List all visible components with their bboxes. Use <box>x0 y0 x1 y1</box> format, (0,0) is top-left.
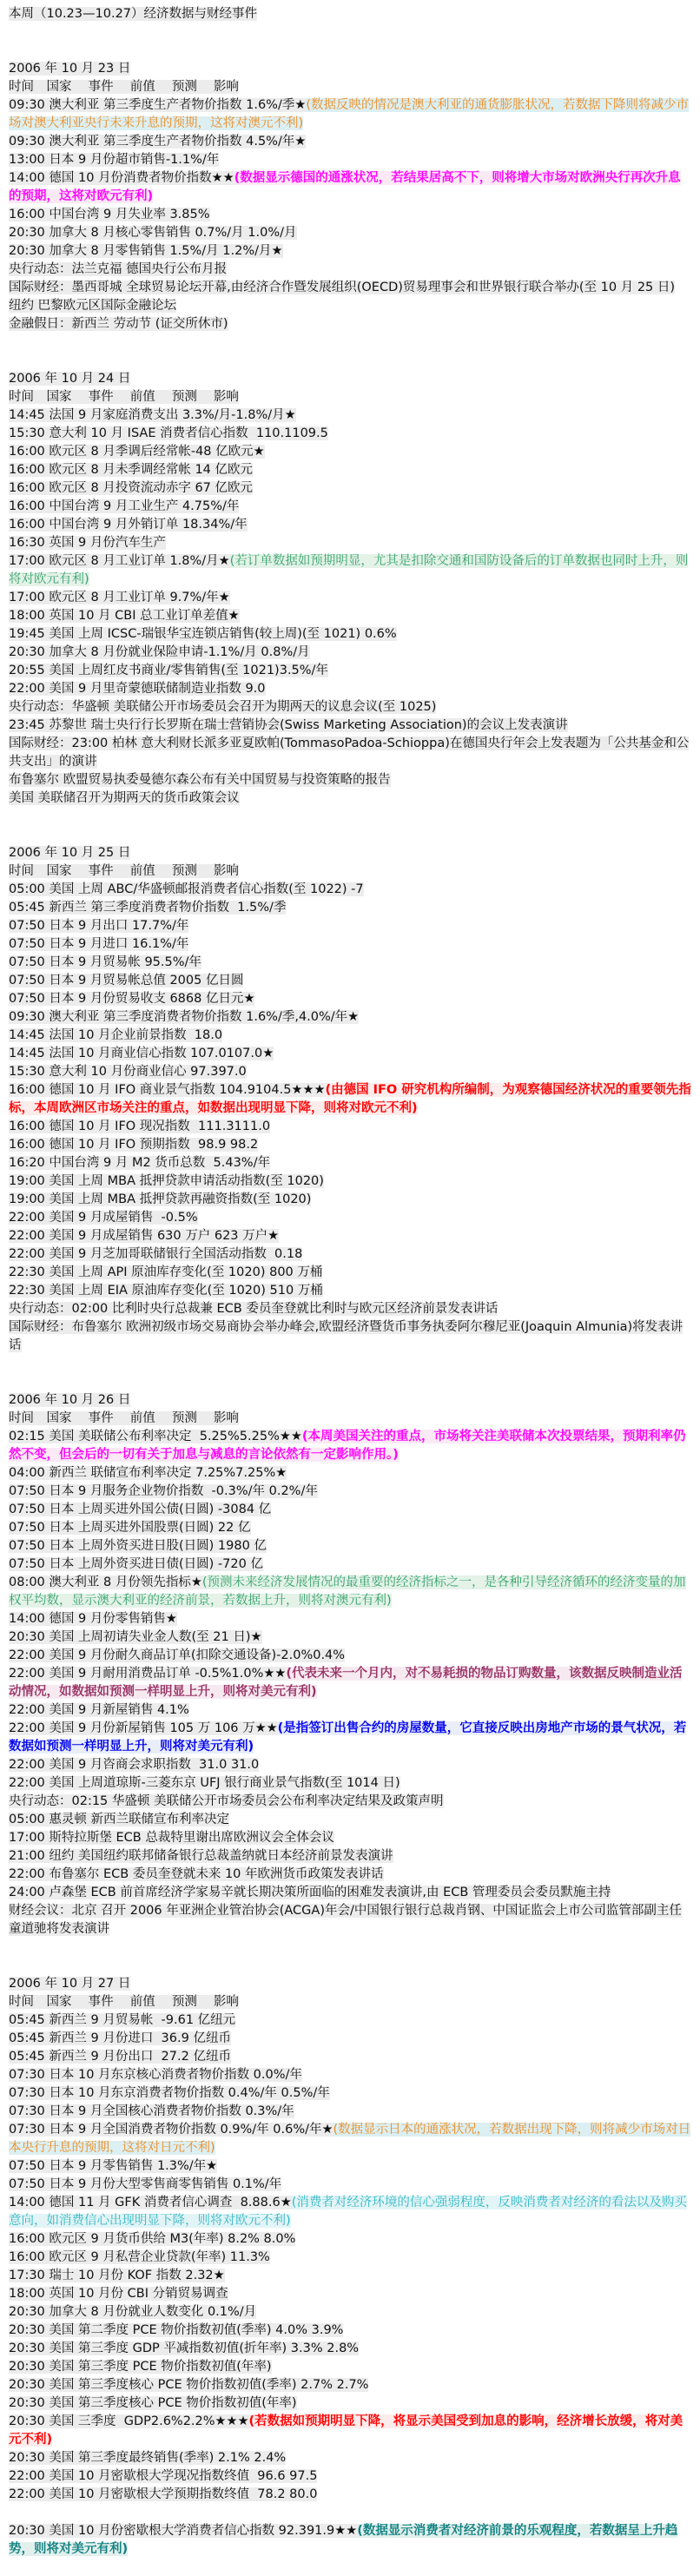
event-text: 20:30 加拿大 8 月零售销售 1.5%/月 1.2%/月★ <box>9 244 283 258</box>
event-text: 国际财经：23:00 柏林 意大利财长派多亚夏欧帕(TommasoPadoa-S… <box>9 736 689 769</box>
event-text: 07:50 日本 9 月份大型零售商零售销售 0.1%/年 <box>9 2177 281 2191</box>
event-row: 05:45 新西兰 9 月份进口 36.9 亿纽币 <box>9 2030 693 2048</box>
event-row: 19:45 美国 上周 ICSC-瑞银华宝连锁店销售(较上周)(至 1021) … <box>9 625 693 644</box>
event-row: 16:00 德国 10 月 IFO 预期指数 98.9 98.2 <box>9 1136 693 1154</box>
event-text: 07:50 日本 9 月零售销售 1.3%/年★ <box>9 2159 217 2173</box>
event-row: 22:30 美国 上周 API 原油库存变化(至 1020) 800 万桶 <box>9 1264 693 1282</box>
event-text: 07:30 日本 9 月全国核心消费者物价指数 0.3%/年 <box>9 2104 294 2118</box>
event-text: 22:00 美国 9 月芝加哥联储银行全国活动指数 0.18 <box>9 1247 302 1261</box>
event-row: 22:00 美国 9 月芝加哥联储银行全国活动指数 0.18 <box>9 1245 693 1264</box>
event-row: 22:00 美国 10 月密歇根大学预期指数终值 78.2 80.0 <box>9 2486 693 2504</box>
event-text: 央行动态：法兰克福 德国央行公布月报 <box>9 262 227 276</box>
column-header-text: 时间 国家 事件 前值 预测 影响 <box>9 1411 239 1425</box>
event-row: 07:30 日本 10 月东京消费者物价指数 0.4%/年 0.5%/年 <box>9 2084 693 2103</box>
event-row: 22:00 美国 9 月份新屋销售 105 万 106 万★★(是指签订出售合约… <box>9 1720 693 1756</box>
section-date: 2006 年 10 月 23 日 <box>9 60 693 78</box>
event-row: 09:30 澳大利亚 第三季度生产者物价指数 4.5%/年★ <box>9 133 693 151</box>
event-row: 20:30 美国 第三季度 PCE 物价指数初值(年率) <box>9 2358 693 2376</box>
event-text: 07:50 日本 9 月贸易帐总值 2005 亿日圆 <box>9 974 243 987</box>
event-text: 国际财经：布鲁塞尔 欧洲初级市场交易商协会举办峰会,欧盟经济暨货币事务执委阿尔穆… <box>9 1320 683 1352</box>
event-row: 08:00 澳大利亚 8 月份领先指标★(预测未来经济发展情况的最重要的经济指标… <box>9 1574 693 1610</box>
event-row: 布鲁塞尔 欧盟贸易执委曼德尔森公布有关中国贸易与投资策略的报告 <box>9 771 693 789</box>
event-text: 22:00 布鲁塞尔 ECB 委员奎登就未来 10 年欧洲货币政策发表讲话 <box>9 1867 384 1881</box>
event-text: 22:00 美国 10 月密歇根大学预期指数终值 78.2 80.0 <box>9 2487 317 2501</box>
column-header-text: 时间 国家 事件 前值 预测 影响 <box>9 80 239 94</box>
event-text: 20:30 美国 第三季度核心 PCE 物价指数初值(年率) <box>9 2396 297 2410</box>
event-text: 22:00 美国 上周道琼斯-三菱东京 UFJ 银行商业景气指数(至 1014 … <box>9 1776 400 1790</box>
event-text: 17:00 斯特拉斯堡 ECB 总裁特里谢出席欧洲议会全体会议 <box>9 1831 334 1845</box>
event-text: 16:30 英国 9 月份汽车生产 <box>9 536 166 550</box>
section-date-text: 2006 年 10 月 25 日 <box>9 846 130 860</box>
event-text: 07:50 日本 9 月份贸易收支 6868 亿日元★ <box>9 992 254 1006</box>
event-row: 07:50 日本 上周外资买进日股(日圆) 1980 亿 <box>9 1537 693 1556</box>
event-row: 16:00 欧元区 8 月未季调经常帐 14 亿欧元 <box>9 461 693 479</box>
event-text: 22:00 美国 9 月里奇蒙德联储制造业指数 9.0 <box>9 682 266 696</box>
event-row: 22:00 美国 9 月新屋销售 4.1% <box>9 1701 693 1720</box>
section-date: 2006 年 10 月 25 日 <box>9 844 693 862</box>
column-header: 时间 国家 事件 前值 预测 影响 <box>9 862 693 881</box>
event-row: 17:30 瑞士 10 月份 KOF 指数 2.32★ <box>9 2267 693 2285</box>
event-row: 05:00 美国 上周 ABC/华盛顿邮报消费者信心指数(至 1022) -7 <box>9 881 693 899</box>
event-text: 17:00 欧元区 8 月工业订单 1.8%/月★ <box>9 554 230 568</box>
event-row: 国际财经：23:00 柏林 意大利财长派多亚夏欧帕(TommasoPadoa-S… <box>9 735 693 771</box>
page-title: 本周（10.23—10.27）经济数据与财经事件 <box>9 5 693 23</box>
event-text: 央行动态：02:00 比利时央行总裁兼 ECB 委员奎登就比利时与欧元区经济前景… <box>9 1302 498 1316</box>
section-date-text: 2006 年 10 月 26 日 <box>9 1393 130 1407</box>
event-row: 16:30 英国 9 月份汽车生产 <box>9 534 693 552</box>
section-date: 2006 年 10 月 24 日 <box>9 370 693 388</box>
event-row: 24:00 卢森堡 ECB 前首席经济学家易辛就长期决策所面临的困难发表演讲,由… <box>9 1884 693 1902</box>
event-row: 14:45 法国 10 月商业信心指数 107.0107.0★ <box>9 1045 693 1063</box>
event-text: 20:30 美国 上周初请失业金人数(至 21 日)★ <box>9 1630 262 1644</box>
event-row: 22:00 美国 9 月成屋销售 -0.5% <box>9 1209 693 1227</box>
event-row: 20:30 加拿大 8 月零售销售 1.5%/月 1.2%/月★ <box>9 242 693 261</box>
event-row: 央行动态：02:00 比利时央行总裁兼 ECB 委员奎登就比利时与欧元区经济前景… <box>9 1300 693 1318</box>
event-text: 20:30 美国 三季度 GDP2.6%2.2%★★★ <box>9 2414 249 2428</box>
event-row: 20:30 美国 三季度 GDP2.6%2.2%★★★(若数据如预期明显下降，将… <box>9 2413 693 2449</box>
event-text: 国际财经：墨西哥城 全球贸易论坛开幕,由经济合作暨发展组织(OECD)贸易理事会… <box>9 281 675 294</box>
column-header: 时间 国家 事件 前值 预测 影响 <box>9 1993 693 2011</box>
event-row: 07:30 日本 9 月全国消费者物价指数 0.9%/年 0.6%/年★(数据显… <box>9 2121 693 2157</box>
day-section: 2006 年 10 月 23 日时间 国家 事件 前值 预测 影响09:30 澳… <box>9 60 693 334</box>
event-row: 16:20 中国台湾 9 月 M2 货币总数 5.43%/年 <box>9 1154 693 1172</box>
column-header-text: 时间 国家 事件 前值 预测 影响 <box>9 864 239 878</box>
event-text: 05:00 美国 上周 ABC/华盛顿邮报消费者信心指数(至 1022) -7 <box>9 882 364 896</box>
event-text: 05:45 新西兰 9 月贸易帐 -9.61 亿纽元 <box>9 2013 235 2027</box>
event-row: 16:00 中国台湾 9 月工业生产 4.75%/年 <box>9 498 693 516</box>
event-text: 13:00 日本 9 月份超市销售-1.1%/年 <box>9 153 219 167</box>
event-text: 16:00 德国 10 月 IFO 现况指数 111.3111.0 <box>9 1120 270 1133</box>
column-header: 时间 国家 事件 前值 预测 影响 <box>9 388 693 406</box>
event-row: 20:55 美国 上周红皮书商业/零售销售(至 1021)3.5%/年 <box>9 662 693 680</box>
event-text: 16:00 欧元区 9 月私营企业贷款(年率) 11.3% <box>9 2250 270 2264</box>
event-text: 04:00 新西兰 联储宣布利率决定 7.25%7.25%★ <box>9 1466 287 1480</box>
event-row: 22:00 美国 9 月咨商会求职指数 31.0 31.0 <box>9 1756 693 1774</box>
event-row: 22:00 美国 10 月密歇根大学现况指数终值 96.6 97.5 <box>9 2467 693 2486</box>
event-row: 07:50 日本 9 月份大型零售商零售销售 0.1%/年 <box>9 2176 693 2194</box>
event-text: 16:00 欧元区 8 月季调后经常帐-48 亿欧元★ <box>9 445 265 459</box>
event-text: 18:00 英国 10 月 CBI 总工业订单差值★ <box>9 609 240 623</box>
event-text: 22:00 美国 9 月份新屋销售 105 万 106 万★★ <box>9 1721 278 1735</box>
event-text: 09:30 澳大利亚 第三季度生产者物价指数 4.5%/年★ <box>9 135 306 149</box>
day-section: 2006 年 10 月 25 日时间 国家 事件 前值 预测 影响05:00 美… <box>9 844 693 1355</box>
event-text: 07:50 日本 9 月服务企业物价指数 -0.3%/年 0.2%/年 <box>9 1484 318 1498</box>
event-text: 16:00 中国台湾 9 月工业生产 4.75%/年 <box>9 499 239 513</box>
event-text: 23:45 苏黎世 瑞士央行行长罗斯在瑞士营销协会(Swiss Marketin… <box>9 718 568 732</box>
event-row: 07:50 日本 9 月贸易帐 95.5%/年 <box>9 954 693 972</box>
event-row: 07:50 日本 9 月进口 16.1%/年 <box>9 935 693 954</box>
event-text: 16:00 欧元区 8 月投资流动赤字 67 亿欧元 <box>9 481 253 495</box>
day-section: 2006 年 10 月 27 日时间 国家 事件 前值 预测 影响05:45 新… <box>9 1975 693 2559</box>
event-text: 08:00 澳大利亚 8 月份领先指标★ <box>9 1575 202 1589</box>
event-row: 05:45 新西兰 9 月份出口 27.2 亿纽币 <box>9 2048 693 2066</box>
event-row: 07:50 日本 9 月零售销售 1.3%/年★ <box>9 2157 693 2176</box>
event-row: 19:00 美国 上周 MBA 抵押贷款再融资指数(至 1020) <box>9 1191 693 1209</box>
event-text: 金融假日：新西兰 劳动节 (证交所休市) <box>9 317 228 331</box>
event-row: 16:00 德国 10 月 IFO 商业景气指数 104.9104.5★★★(由… <box>9 1081 693 1118</box>
event-text: 07:50 日本 上周买进外国股票(日圆) 22 亿 <box>9 1521 251 1535</box>
event-row: 14:00 德国 10 月份消费者物价指数★★(数据显示德国的通涨状况，若结果居… <box>9 169 693 206</box>
event-row: 14:45 法国 9 月家庭消费支出 3.3%/月-1.8%/月★ <box>9 406 693 425</box>
event-text: 19:45 美国 上周 ICSC-瑞银华宝连锁店销售(较上周)(至 1021) … <box>9 627 397 641</box>
event-text: 20:30 美国 10 月份密歇根大学消费者信心指数 92.391.9★★ <box>9 2524 357 2538</box>
event-text: 17:00 欧元区 8 月工业订单 9.7%/年★ <box>9 591 230 604</box>
event-text: 央行动态：华盛顿 美联储公开市场委员会召开为期两天的议息会议(至 1025) <box>9 700 436 714</box>
event-text: 05:45 新西兰 9 月份进口 36.9 亿纽币 <box>9 2031 231 2045</box>
event-text: 07:30 日本 9 月全国消费者物价指数 0.9%/年 0.6%/年★ <box>9 2123 333 2137</box>
event-text: 14:45 法国 10 月商业信心指数 107.0107.0★ <box>9 1047 274 1060</box>
event-row: 07:30 日本 9 月全国核心消费者物价指数 0.3%/年 <box>9 2103 693 2121</box>
event-row: 15:30 意大利 10 月份商业信心 97.397.0 <box>9 1063 693 1081</box>
event-text: 20:30 美国 第三季度核心 PCE 物价指数初值(季率) 2.7% 2.7% <box>9 2378 368 2392</box>
event-text: 20:30 加拿大 8 月份就业保险申请-1.1%/月 0.8%/月 <box>9 645 310 659</box>
event-row: 04:00 新西兰 联储宣布利率决定 7.25%7.25%★ <box>9 1464 693 1483</box>
event-row: 20:30 美国 第三季度核心 PCE 物价指数初值(年率) <box>9 2394 693 2413</box>
event-row: 18:00 英国 10 月份 CBI 分销贸易调查 <box>9 2285 693 2303</box>
event-text: 21:00 纽约 美国纽约联邦储备银行总裁盖纳就日本经济前景发表演讲 <box>9 1849 393 1863</box>
event-row: 22:00 美国 9 月成屋销售 630 万户 623 万户★ <box>9 1227 693 1245</box>
event-text: 22:30 美国 上周 EIA 原油库存变化(至 1020) 510 万桶 <box>9 1284 323 1298</box>
event-text: 22:00 美国 9 月新屋销售 4.1% <box>9 1703 189 1717</box>
event-text: 16:00 德国 10 月 IFO 预期指数 98.9 98.2 <box>9 1138 258 1152</box>
column-header-text: 时间 国家 事件 前值 预测 影响 <box>9 390 239 404</box>
event-row: 22:30 美国 上周 EIA 原油库存变化(至 1020) 510 万桶 <box>9 1282 693 1300</box>
event-row: 20:30 美国 第三季度 GDP 平减指数初值(折年率) 3.3% 2.8% <box>9 2340 693 2358</box>
event-text: 20:30 加拿大 8 月核心零售销售 0.7%/月 1.0%/月 <box>9 226 297 240</box>
event-text: 纽约 巴黎欧元区国际金融论坛 <box>9 299 176 313</box>
event-row: 19:00 美国 上周 MBA 抵押贷款申请活动指数(至 1020) <box>9 1172 693 1191</box>
event-row: 14:00 德国 9 月份零售销售★ <box>9 1610 693 1628</box>
event-text: 07:50 日本 上周外资买进日债(日圆) -720 亿 <box>9 1557 263 1571</box>
event-row: 20:30 美国 第二季度 PCE 物价指数初值(季率) 4.0% 3.9% <box>9 2322 693 2340</box>
event-row: 07:50 日本 上周买进外国公债(日圆) -3084 亿 <box>9 1501 693 1519</box>
event-row: 07:50 日本 上周买进外国股票(日圆) 22 亿 <box>9 1519 693 1537</box>
event-row: 22:00 美国 9 月里奇蒙德联储制造业指数 9.0 <box>9 680 693 698</box>
event-text: 20:30 美国 第三季度 PCE 物价指数初值(年率) <box>9 2360 272 2374</box>
event-text: 07:50 日本 9 月出口 17.7%/年 <box>9 919 188 933</box>
event-text: 22:00 美国 9 月份耐久商品订单(扣除交通设备)-2.0%0.4% <box>9 1648 345 1662</box>
event-row: 17:00 欧元区 8 月工业订单 9.7%/年★ <box>9 589 693 607</box>
event-row: 20:30 加拿大 8 月份就业保险申请-1.1%/月 0.8%/月 <box>9 644 693 662</box>
event-text: 16:00 欧元区 9 月货币供给 M3(年率) 8.2% 8.0% <box>9 2232 295 2246</box>
event-row: 16:00 欧元区 9 月货币供给 M3(年率) 8.2% 8.0% <box>9 2230 693 2249</box>
page-title-text: 本周（10.23—10.27）经济数据与财经事件 <box>9 7 257 21</box>
event-row: 07:30 日本 10 月东京核心消费者物价指数 0.0%/年 <box>9 2066 693 2084</box>
event-row: 13:00 日本 9 月份超市销售-1.1%/年 <box>9 151 693 169</box>
event-text: 14:45 法国 9 月家庭消费支出 3.3%/月-1.8%/月★ <box>9 408 296 422</box>
event-row: 20:30 美国 第三季度最终销售(季率) 2.1% 2.4% <box>9 2449 693 2467</box>
section-date-text: 2006 年 10 月 23 日 <box>9 62 130 76</box>
event-row: 央行动态：02:15 华盛顿 美联储公开市场委员会公布利率决定结果及政策声明 <box>9 1793 693 1811</box>
event-row: 05:45 新西兰 9 月贸易帐 -9.61 亿纽元 <box>9 2011 693 2030</box>
event-row: 20:30 美国 10 月份密歇根大学消费者信心指数 92.391.9★★(数据… <box>9 2522 693 2559</box>
event-row: 20:30 加拿大 8 月份就业人数变化 0.1%/月 <box>9 2303 693 2322</box>
event-text: 24:00 卢森堡 ECB 前首席经济学家易辛就长期决策所面临的困难发表演讲,由… <box>9 1886 611 1899</box>
event-row: 22:00 布鲁塞尔 ECB 委员奎登就未来 10 年欧洲货币政策发表讲话 <box>9 1866 693 1884</box>
event-text: 22:00 美国 9 月成屋销售 -0.5% <box>9 1211 198 1225</box>
event-row: 金融假日：新西兰 劳动节 (证交所休市) <box>9 315 693 334</box>
section-date-text: 2006 年 10 月 24 日 <box>9 372 130 386</box>
section-date: 2006 年 10 月 26 日 <box>9 1391 693 1410</box>
event-text: 19:00 美国 上周 MBA 抵押贷款申请活动指数(至 1020) <box>9 1174 324 1188</box>
event-text: 20:30 美国 第三季度最终销售(季率) 2.1% 2.4% <box>9 2451 286 2465</box>
event-text: 14:45 法国 10 月企业前景指数 18.0 <box>9 1028 222 1042</box>
column-header: 时间 国家 事件 前值 预测 影响 <box>9 78 693 96</box>
event-text: 18:00 英国 10 月份 CBI 分销贸易调查 <box>9 2287 228 2301</box>
event-row: 20:30 美国 上周初请失业金人数(至 21 日)★ <box>9 1628 693 1647</box>
event-row: 07:50 日本 9 月服务企业物价指数 -0.3%/年 0.2%/年 <box>9 1483 693 1501</box>
event-row: 央行动态：华盛顿 美联储公开市场委员会召开为期两天的议息会议(至 1025) <box>9 698 693 717</box>
event-row: 纽约 巴黎欧元区国际金融论坛 <box>9 297 693 315</box>
event-row: 14:45 法国 10 月企业前景指数 18.0 <box>9 1027 693 1045</box>
event-row: 22:00 美国 9 月份耐久商品订单(扣除交通设备)-2.0%0.4% <box>9 1647 693 1665</box>
event-row: 07:50 日本 9 月份贸易收支 6868 亿日元★ <box>9 990 693 1008</box>
event-row: 16:00 德国 10 月 IFO 现况指数 111.3111.0 <box>9 1118 693 1136</box>
event-row: 09:30 澳大利亚 第三季度消费者物价指数 1.6%/季,4.0%/年★ <box>9 1008 693 1027</box>
event-row: 21:00 纽约 美国纽约联邦储备银行总裁盖纳就日本经济前景发表演讲 <box>9 1847 693 1866</box>
event-row: 14:00 德国 11 月 GFK 消费者信心调查 8.88.6★(消费者对经济… <box>9 2194 693 2230</box>
event-row: 16:00 欧元区 9 月私营企业贷款(年率) 11.3% <box>9 2249 693 2267</box>
sections-container: 2006 年 10 月 23 日时间 国家 事件 前值 预测 影响09:30 澳… <box>9 60 693 2559</box>
event-text: 布鲁塞尔 欧盟贸易执委曼德尔森公布有关中国贸易与投资策略的报告 <box>9 773 391 787</box>
column-header: 时间 国家 事件 前值 预测 影响 <box>9 1410 693 1428</box>
event-row: 财经会议：北京 召开 2006 年亚洲企业管治协会(ACGA)年会/中国银行银行… <box>9 1902 693 1939</box>
event-row: 07:50 日本 9 月出口 17.7%/年 <box>9 917 693 935</box>
event-text: 20:55 美国 上周红皮书商业/零售销售(至 1021)3.5%/年 <box>9 664 328 677</box>
event-row: 20:30 美国 第三季度核心 PCE 物价指数初值(季率) 2.7% 2.7% <box>9 2376 693 2394</box>
event-text: 16:00 欧元区 8 月未季调经常帐 14 亿欧元 <box>9 463 253 477</box>
event-text: 17:30 瑞士 10 月份 KOF 指数 2.32★ <box>9 2269 225 2282</box>
event-text: 22:00 美国 9 月成屋销售 630 万户 623 万户★ <box>9 1229 279 1243</box>
event-text: 14:00 德国 10 月份消费者物价指数★★ <box>9 171 234 185</box>
event-row: 23:45 苏黎世 瑞士央行行长罗斯在瑞士营销协会(Swiss Marketin… <box>9 717 693 735</box>
event-text: 07:50 日本 上周买进外国公债(日圆) -3084 亿 <box>9 1503 271 1516</box>
event-row: 09:30 澳大利亚 第三季度生产者物价指数 1.6%/季★(数据反映的情况是澳… <box>9 96 693 133</box>
event-text: 07:30 日本 10 月东京消费者物价指数 0.4%/年 0.5%/年 <box>9 2086 330 2100</box>
event-text: 22:00 美国 10 月密歇根大学现况指数终值 96.6 97.5 <box>9 2469 317 2483</box>
event-text: 05:45 新西兰 9 月份出口 27.2 亿纽币 <box>9 2050 231 2064</box>
event-text: 19:00 美国 上周 MBA 抵押贷款再融资指数(至 1020) <box>9 1192 311 1206</box>
event-row: 16:00 欧元区 8 月季调后经常帐-48 亿欧元★ <box>9 443 693 461</box>
event-row: 17:00 欧元区 8 月工业订单 1.8%/月★(若订单数据如预期明显，尤其是… <box>9 552 693 589</box>
event-row: 央行动态：法兰克福 德国央行公布月报 <box>9 261 693 279</box>
event-row: 16:00 中国台湾 9 月外销订单 18.34%/年 <box>9 516 693 534</box>
event-text: 14:00 德国 9 月份零售销售★ <box>9 1612 177 1626</box>
event-text: 02:15 美国 美联储公布利率决定 5.25%5.25%★★ <box>9 1430 302 1443</box>
section-date-text: 2006 年 10 月 27 日 <box>9 1977 130 1991</box>
day-section: 2006 年 10 月 26 日时间 国家 事件 前值 预测 影响02:15 美… <box>9 1391 693 1939</box>
event-text: 16:20 中国台湾 9 月 M2 货币总数 5.43%/年 <box>9 1156 270 1170</box>
event-row: 17:00 斯特拉斯堡 ECB 总裁特里谢出席欧洲议会全体会议 <box>9 1829 693 1847</box>
event-text: 16:00 中国台湾 9 月外销订单 18.34%/年 <box>9 518 248 532</box>
event-text: 15:30 意大利 10 月份商业信心 97.397.0 <box>9 1065 247 1079</box>
event-text: 09:30 澳大利亚 第三季度消费者物价指数 1.6%/季,4.0%/年★ <box>9 1010 359 1024</box>
event-row: 15:30 意大利 10 月 ISAE 消费者信心指数 110.1109.5 <box>9 425 693 443</box>
event-row: 国际财经：布鲁塞尔 欧洲初级市场交易商协会举办峰会,欧盟经济暨货币事务执委阿尔穆… <box>9 1318 693 1355</box>
event-text: 07:50 日本 9 月进口 16.1%/年 <box>9 937 188 951</box>
event-text: 05:00 惠灵顿 新西兰联储宣布利率决定 <box>9 1813 229 1826</box>
event-text: 20:30 美国 第二季度 PCE 物价指数初值(季率) 4.0% 3.9% <box>9 2323 343 2337</box>
event-row: 07:50 日本 上周外资买进日债(日圆) -720 亿 <box>9 1556 693 1574</box>
event-row: 22:00 美国 9 月耐用消费品订单 -0.5%1.0%★★(代表未来一个月内… <box>9 1665 693 1701</box>
section-date: 2006 年 10 月 27 日 <box>9 1975 693 1993</box>
event-row: 16:00 欧元区 8 月投资流动赤字 67 亿欧元 <box>9 479 693 498</box>
economic-calendar-document: 本周（10.23—10.27）经济数据与财经事件 2006 年 10 月 23 … <box>0 0 700 2576</box>
event-text: 07:50 日本 上周外资买进日股(日圆) 1980 亿 <box>9 1539 267 1553</box>
day-section: 2006 年 10 月 24 日时间 国家 事件 前值 预测 影响14:45 法… <box>9 370 693 808</box>
event-text: 16:00 中国台湾 9 月失业率 3.85% <box>9 208 210 221</box>
event-row: 16:00 中国台湾 9 月失业率 3.85% <box>9 206 693 224</box>
event-text: 07:50 日本 9 月贸易帐 95.5%/年 <box>9 955 201 969</box>
event-text: 05:45 新西兰 第三季度消费者物价指数 1.5%/季 <box>9 901 286 915</box>
event-row: 07:50 日本 9 月贸易帐总值 2005 亿日圆 <box>9 972 693 990</box>
event-text: 22:30 美国 上周 API 原油库存变化(至 1020) 800 万桶 <box>9 1265 322 1279</box>
event-text: 财经会议：北京 召开 2006 年亚洲企业管治协会(ACGA)年会/中国银行银行… <box>9 1904 682 1936</box>
event-row: 国际财经：墨西哥城 全球贸易论坛开幕,由经济合作暨发展组织(OECD)贸易理事会… <box>9 279 693 297</box>
event-text: 20:30 美国 第三季度 GDP 平减指数初值(折年率) 3.3% 2.8% <box>9 2342 359 2355</box>
event-text: 07:30 日本 10 月东京核心消费者物价指数 0.0%/年 <box>9 2068 302 2082</box>
event-row: 02:15 美国 美联储公布利率决定 5.25%5.25%★★(本周美国关注的重… <box>9 1428 693 1464</box>
event-text: 22:00 美国 9 月咨商会求职指数 31.0 31.0 <box>9 1758 259 1772</box>
event-text: 央行动态：02:15 华盛顿 美联储公开市场委员会公布利率决定结果及政策声明 <box>9 1794 444 1808</box>
event-text: 09:30 澳大利亚 第三季度生产者物价指数 1.6%/季★ <box>9 98 306 112</box>
event-row: 05:45 新西兰 第三季度消费者物价指数 1.5%/季 <box>9 899 693 917</box>
event-row: 20:30 加拿大 8 月核心零售销售 0.7%/月 1.0%/月 <box>9 224 693 242</box>
event-row: 18:00 英国 10 月 CBI 总工业订单差值★ <box>9 607 693 625</box>
event-row: 22:00 美国 上周道琼斯-三菱东京 UFJ 银行商业景气指数(至 1014 … <box>9 1774 693 1793</box>
event-text: 美国 美联储召开为期两天的货币政策会议 <box>9 791 240 805</box>
event-text: 14:00 德国 11 月 GFK 消费者信心调查 8.88.6★ <box>9 2196 292 2209</box>
event-row: 美国 美联储召开为期两天的货币政策会议 <box>9 789 693 808</box>
event-text: 16:00 德国 10 月 IFO 商业景气指数 104.9104.5★★★ <box>9 1083 325 1097</box>
column-header-text: 时间 国家 事件 前值 预测 影响 <box>9 1995 239 2009</box>
event-text: 22:00 美国 9 月耐用消费品订单 -0.5%1.0%★★ <box>9 1667 286 1681</box>
event-row: 05:00 惠灵顿 新西兰联储宣布利率决定 <box>9 1811 693 1829</box>
event-text: 15:30 意大利 10 月 ISAE 消费者信心指数 110.1109.5 <box>9 426 328 440</box>
event-text: 20:30 加拿大 8 月份就业人数变化 0.1%/月 <box>9 2305 256 2319</box>
